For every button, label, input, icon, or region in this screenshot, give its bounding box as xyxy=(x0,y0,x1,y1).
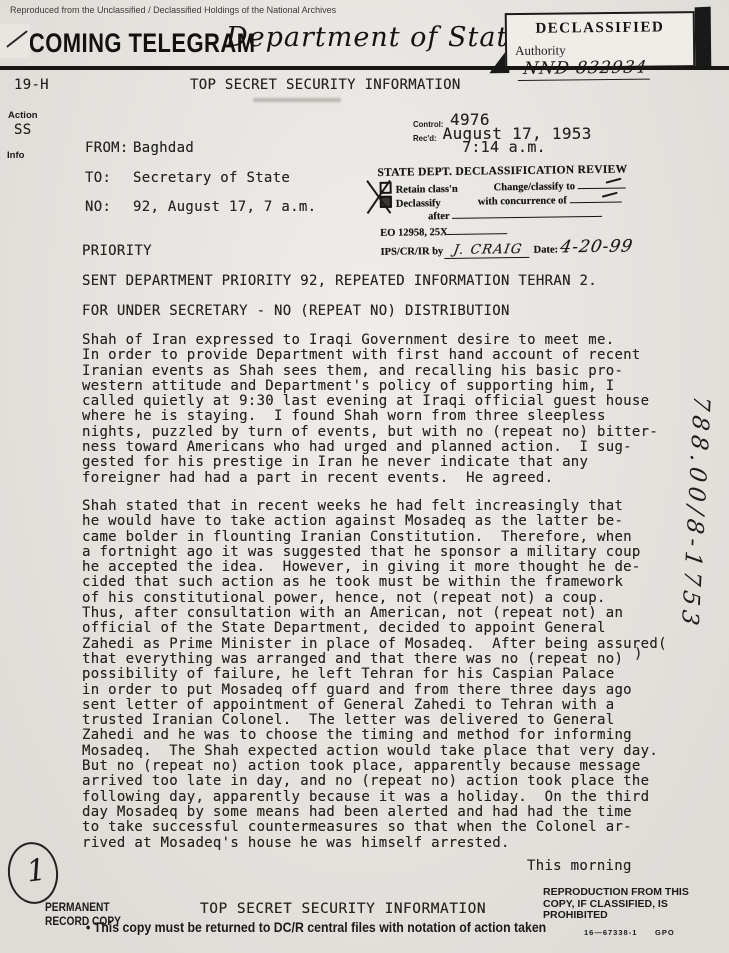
body-text-line: of his constitutional power, hence, not … xyxy=(82,591,667,606)
body-text-line: cided that such action as he took must b… xyxy=(82,575,667,590)
body-text-line: arrived too late in day, and no (repeat … xyxy=(82,774,667,789)
telegram-document-scan: { "archive_note": "Reproduced from the U… xyxy=(0,0,729,953)
authority-label: Authority xyxy=(515,42,566,58)
received-label: Rec'd: xyxy=(413,133,437,143)
eo-label: EO 12958, 25X xyxy=(380,227,448,239)
page-reference: 19-H xyxy=(14,77,49,93)
incoming-telegram-title: INCOMING TELEGRAM xyxy=(6,28,255,59)
archive-note: Reproduced from the Unclassified / Decla… xyxy=(10,5,336,15)
ink-smudge xyxy=(253,98,341,102)
after-blank-line xyxy=(452,207,602,219)
concurrence-blank-line xyxy=(569,193,621,204)
by-value-handwritten: J. CRAIG xyxy=(445,242,533,259)
sent-line: SENT DEPARTMENT PRIORITY 92, REPEATED IN… xyxy=(82,273,597,289)
body-text-line: Mosadeq. The Shah expected action would … xyxy=(82,744,667,759)
reproduction-note-line: REPRODUCTION FROM THIS xyxy=(543,887,689,899)
gpo-mark: GPO xyxy=(655,928,675,937)
body-text-line: day Mosadeq by some means had been alert… xyxy=(82,805,667,820)
from-value: Baghdad xyxy=(133,140,194,156)
change-row: Change/classify to xyxy=(494,179,626,194)
by-row: IPS/CR/IR by J. CRAIG Date: 4-20-99 xyxy=(380,236,633,260)
handwritten-dash xyxy=(601,192,617,198)
eo-row: EO 12958, 25X xyxy=(380,224,508,239)
info-label: Info xyxy=(7,150,24,161)
stray-paren-mark: ) xyxy=(634,646,643,662)
body-text-line: to take successful countermeasures so th… xyxy=(82,820,667,835)
action-label: Action xyxy=(8,110,38,121)
body-text-line: Iranian events as Shah sees them, and re… xyxy=(82,364,658,379)
print-code: 16—67338-1 xyxy=(584,928,637,937)
body-text-line: possibility of failure, he left Tehran f… xyxy=(82,667,667,682)
handwritten-dash xyxy=(606,178,622,184)
body-text-line: Zahedi and he was to choose the timing a… xyxy=(82,728,667,743)
change-blank-line xyxy=(578,179,626,190)
body-text-line: In order to provide Department with firs… xyxy=(82,348,658,363)
date-label: Date: xyxy=(534,244,559,255)
checkbox-x-mark xyxy=(364,179,394,215)
body-paragraph-2: Shah stated that in recent weeks he had … xyxy=(82,499,667,851)
stamp-shadow xyxy=(695,7,712,70)
no-line: NO:92, August 17, 7 a.m. xyxy=(85,199,316,215)
body-text-line: But no (repeat no) action took place, ap… xyxy=(82,759,667,774)
declassification-review-stamp: STATE DEPT. DECLASSIFICATION REVIEW Reta… xyxy=(365,163,671,263)
body-text-line: that everything was arranged and that th… xyxy=(82,652,667,667)
body-text-line: Zahedi as Prime Minister in place of Mos… xyxy=(82,637,667,652)
by-label: IPS/CR/IR by xyxy=(380,246,443,258)
file-number-handwritten: 788.00/8-1753 xyxy=(676,394,714,632)
body-text-line: he would have to take action against Mos… xyxy=(82,514,667,529)
body-text-line: sent letter of appointment of General Za… xyxy=(82,698,667,713)
change-label: Change/classify to xyxy=(494,181,576,193)
body-text-line: Thus, after consultation with an America… xyxy=(82,606,667,621)
record-copy-line: PERMANENT xyxy=(45,901,121,915)
from-label: FROM: xyxy=(85,140,133,156)
reproduction-prohibited-note: REPRODUCTION FROM THISCOPY, IF CLASSIFIE… xyxy=(543,887,689,922)
header-divider-rule xyxy=(0,66,729,70)
body-paragraph-1: Shah of Iran expressed to Iraqi Governme… xyxy=(82,333,658,486)
concurrence-row: with concurrence of xyxy=(478,193,622,208)
body-text-line: official of the State Department, decide… xyxy=(82,621,667,636)
declassified-stamp-title: DECLASSIFIED xyxy=(507,19,693,38)
body-text-line: western attitude and Department's policy… xyxy=(82,379,658,394)
declassified-stamp: DECLASSIFIED AuthorityNND 832934 xyxy=(505,7,716,75)
eo-blank-line xyxy=(448,224,508,235)
body-text-line: trusted Iranian Colonel. The letter was … xyxy=(82,713,667,728)
body-text-line: came bolder in flounting Iranian Constit… xyxy=(82,530,667,545)
body-text-line: in order to put Mosadeq off guard and fr… xyxy=(82,683,667,698)
page-number: 1 xyxy=(25,853,48,890)
precedence-line: PRIORITY xyxy=(82,243,152,259)
body-text-line: called quietly at 9:30 last evening at I… xyxy=(82,394,658,409)
to-line: TO:Secretary of State xyxy=(85,170,290,186)
body-text-line: a fortnight ago it was suggested that he… xyxy=(82,545,667,560)
action-value: SS xyxy=(14,122,31,138)
concurrence-label: with concurrence of xyxy=(478,195,567,207)
body-text-line: nights, puzzled by turn of events, but w… xyxy=(82,425,658,440)
date-value-handwritten: 4-20-99 xyxy=(559,236,635,257)
no-value: 92, August 17, 7 a.m. xyxy=(133,199,316,215)
declassified-stamp-box: DECLASSIFIED AuthorityNND 832934 xyxy=(505,11,696,69)
body-text-line: where he is staying. I found Shah worn f… xyxy=(82,409,658,424)
received-time: 7:14 a.m. xyxy=(462,138,546,156)
body-text-line: rived at Mosadeq's house he was himself … xyxy=(82,836,667,851)
body-text-line: ness toward Americans who had urged and … xyxy=(82,440,658,455)
to-label: TO: xyxy=(85,170,133,186)
body-text-line: following day, apparently because it was… xyxy=(82,790,667,805)
footer-classification-banner: TOP SECRET SECURITY INFORMATION xyxy=(200,901,486,917)
body-text-line: gested for his prestige in Iran he never… xyxy=(82,455,658,470)
body-text-line: Shah stated that in recent weeks he had … xyxy=(82,499,667,514)
retain-label: Retain class'n xyxy=(396,184,458,196)
body-text-line: foreigner had had a part in recent event… xyxy=(82,471,658,486)
distribution-line: FOR UNDER SECRETARY - NO (REPEAT NO) DIS… xyxy=(82,303,510,319)
review-stamp-title: STATE DEPT. DECLASSIFICATION REVIEW xyxy=(377,163,627,178)
declassify-label: Declassify xyxy=(396,198,441,210)
after-label: after xyxy=(428,211,450,222)
top-classification-banner: TOP SECRET SECURITY INFORMATION xyxy=(190,77,461,93)
after-row: after xyxy=(428,207,602,222)
body-text-line: Shah of Iran expressed to Iraqi Governme… xyxy=(82,333,658,348)
return-note: • This copy must be returned to DC/R cen… xyxy=(86,919,546,935)
department-of-state-title: Department of State xyxy=(226,22,525,53)
from-line: FROM:Baghdad xyxy=(85,140,194,156)
to-value: Secretary of State xyxy=(133,170,290,186)
no-label: NO: xyxy=(85,199,133,215)
continuation-catchword: This morning xyxy=(527,858,632,874)
authority-line: AuthorityNND 832934 xyxy=(515,41,693,81)
circled-page-number: 1 xyxy=(4,839,61,907)
reproduction-note-line: PROHIBITED xyxy=(543,910,689,922)
body-text-line: he accepted the idea. However, in giving… xyxy=(82,560,667,575)
